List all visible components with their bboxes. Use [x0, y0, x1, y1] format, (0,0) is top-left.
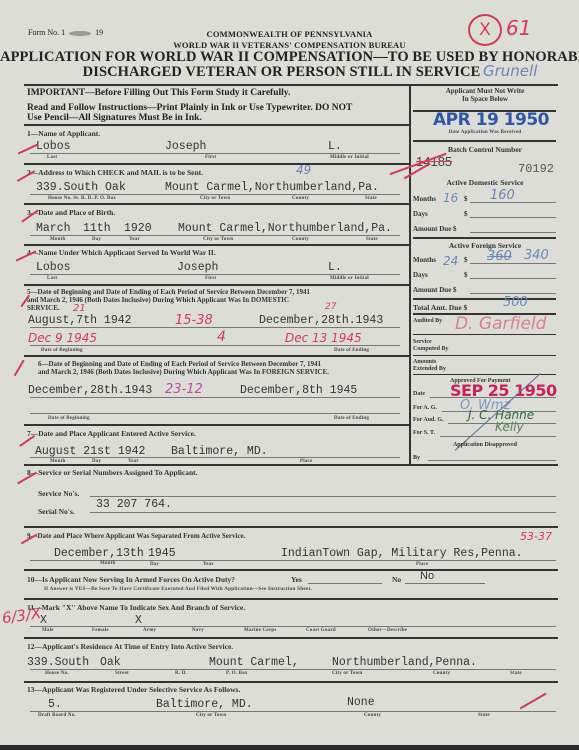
- q2-underline: [30, 194, 400, 195]
- q5-label: 5—Date of Beginning and Date of Ending o…: [27, 288, 310, 312]
- column-divider: [409, 84, 411, 464]
- office-header-line2: In Space Below: [412, 95, 558, 103]
- foreign-months-value: 24: [443, 254, 458, 268]
- q3-sub-county: County: [292, 237, 309, 242]
- foreign-months-amt-line: [470, 263, 556, 264]
- foreign-months-label: Months: [413, 256, 436, 264]
- q4-first-name[interactable]: Joseph: [177, 261, 218, 274]
- section-divider: [24, 526, 558, 528]
- q12-sub-state: State: [510, 671, 522, 676]
- q11-underline: [30, 626, 556, 627]
- q3-year[interactable]: 1920: [124, 222, 152, 235]
- q12-city[interactable]: Mount Carmel,: [209, 656, 299, 669]
- office-divider: [413, 298, 556, 300]
- total-amount-label: Total Amt. Due $: [413, 303, 467, 312]
- section-divider: [24, 355, 409, 357]
- foreign-days-label: Days: [413, 271, 428, 279]
- q1-underline: [30, 153, 400, 154]
- circled-x-annotation: X: [468, 14, 502, 46]
- q6-underline: [30, 397, 400, 398]
- q5-sub-begin: Date of Beginning: [41, 348, 83, 353]
- q9-place[interactable]: IndianTown Gap, Military Res,Penna.: [281, 547, 523, 560]
- q11-option-navy: Navy: [192, 628, 204, 633]
- q12-sub-street: Street: [115, 671, 129, 676]
- q2-sub-state: State: [365, 196, 377, 201]
- q6-end-date[interactable]: December,8th 1945: [240, 384, 357, 397]
- q13-board[interactable]: 5.: [48, 698, 62, 711]
- q9-label: 9—Date and Place Where Applicant Was Sep…: [27, 532, 245, 540]
- for-st-label: For S. T.: [413, 430, 435, 436]
- section-divider: [24, 637, 558, 639]
- q8-service-input[interactable]: [90, 496, 556, 497]
- q1-first-name[interactable]: Joseph: [165, 140, 206, 153]
- q11-option-army: Army: [143, 628, 156, 633]
- q12-county-state[interactable]: Northumberland,Penna.: [332, 656, 477, 669]
- foreign-due-line: [470, 293, 556, 294]
- domestic-days-amt-line: [470, 217, 556, 218]
- q2-note: 49: [296, 163, 311, 177]
- office-divider: [413, 237, 556, 239]
- domestic-months-value: 16: [443, 191, 458, 205]
- q10-yes-label: Yes: [291, 575, 302, 584]
- q2-street[interactable]: 339.South Oak: [36, 181, 126, 194]
- q6-calc: 23-12: [165, 382, 203, 397]
- q1-label: 1—Name of Applicant.: [27, 129, 100, 138]
- q1-sub-last: Last: [47, 155, 57, 160]
- q8-service-label: Service No's.: [38, 489, 79, 498]
- q11-option-male: Male: [42, 628, 54, 633]
- q10-yes-input[interactable]: [308, 583, 382, 584]
- q6-sub-end: Date of Ending: [334, 416, 369, 421]
- q3-sub-year: Year: [129, 237, 140, 242]
- received-date-label: Date Application Was Received: [412, 130, 558, 135]
- section-divider: [24, 124, 409, 126]
- for-audg-label: For Aud. G.: [413, 417, 444, 423]
- domestic-service-title: Active Domestic Service: [412, 178, 558, 187]
- q9-year[interactable]: 1945: [148, 547, 176, 560]
- q9-sub-year: Year: [203, 562, 214, 567]
- q13-sub-city: City or Town: [196, 713, 226, 718]
- q4-sub-middle: Middle or Initial: [330, 276, 369, 281]
- q9-sub-day: Day: [150, 562, 159, 567]
- q12-underline: [30, 669, 556, 670]
- q9-margin-note: 53-37: [520, 530, 552, 543]
- q12-house[interactable]: 339.South: [27, 656, 89, 669]
- q7-label: 7—Date and Place Applicant Entered Activ…: [27, 429, 196, 438]
- q3-sub-state: State: [366, 237, 378, 242]
- q2-label: 2—Address to Which CHECK and MAIL is to …: [27, 168, 203, 177]
- dollar-sign: $: [464, 271, 468, 279]
- q10-note: If Answer is YES—Be Sure To Have Certifi…: [44, 586, 312, 592]
- margin-annotation: 6/3/X: [1, 609, 23, 627]
- annotation-signature: Grunell: [483, 62, 537, 80]
- q4-sub-first: First: [205, 276, 216, 281]
- q8-serial-underline: [90, 512, 556, 513]
- q12-sub-house: House No.: [45, 671, 69, 676]
- q13-underline: [30, 711, 556, 712]
- domestic-months-label: Months: [413, 195, 436, 203]
- q6-label-line2: and March 2, 1946 (Both Dates Inclusive)…: [38, 368, 329, 376]
- domestic-days-label: Days: [413, 210, 428, 218]
- red-check-mark-icon: [520, 693, 547, 709]
- q5-end-date[interactable]: December,28th.1943: [259, 314, 383, 327]
- service-computed-label: Service Computed By: [413, 339, 453, 353]
- q2-sub-street: House No. St. R. D. P. O. Box: [48, 196, 116, 201]
- q13-city[interactable]: Baltimore, MD.: [156, 698, 253, 711]
- q12-sub-pobox: P. O. Box: [226, 671, 248, 676]
- q10-label: 10—Is Applicant Now Serving In Armed For…: [27, 575, 235, 584]
- q4-last-name[interactable]: Lobos: [36, 261, 71, 274]
- q5-underline-2: [30, 345, 400, 346]
- q5-label-line2: and March 2, 1946 (Both Dates Inclusive)…: [27, 296, 310, 304]
- approved-date-label: Date: [413, 391, 425, 397]
- q5-label-line3: SERVICE.: [27, 304, 310, 312]
- q6-underline-2: [30, 413, 400, 414]
- domestic-due-label: Amount Due $: [413, 225, 457, 233]
- total-amount-value: 500: [503, 295, 528, 310]
- q3-day[interactable]: 11th: [83, 222, 111, 235]
- office-divider: [413, 355, 556, 356]
- q12-sub-county: County: [433, 671, 450, 676]
- office-divider: [413, 374, 556, 375]
- audited-signature: D. Garfield: [455, 314, 546, 334]
- q6-sub-begin: Date of Beginning: [48, 416, 90, 421]
- q3-sub-city: City or Town: [203, 237, 233, 242]
- q11-option-female: Female: [92, 628, 109, 633]
- section-divider: [24, 424, 409, 426]
- q4-label: 4—Name Under Which Applicant Served In W…: [27, 248, 216, 257]
- q11-label: 11—Mark "X" Above Name To Indicate Sex A…: [27, 603, 245, 612]
- q9-sub-month: Month: [100, 561, 115, 566]
- header-divider: [24, 84, 558, 86]
- q5-calc: 15-38: [175, 313, 213, 328]
- disapproved-by-line: [428, 460, 556, 461]
- disapproved-by-label: By: [413, 455, 420, 461]
- office-divider: [413, 140, 556, 142]
- q3-label: 3—Date and Place of Birth.: [27, 208, 115, 217]
- q8-serial-label: Serial No's.: [38, 507, 75, 516]
- q4-middle-initial[interactable]: L.: [328, 261, 342, 274]
- domestic-due-line: [470, 232, 556, 233]
- q2-city-county-state[interactable]: Mount Carmel,Northumberland,Pa.: [165, 181, 379, 194]
- instructions-block: Read and Follow Instructions—Print Plain…: [27, 103, 352, 123]
- q8-serial-value[interactable]: 33 207 764.: [96, 498, 172, 511]
- for-st-signature: Kelly: [495, 420, 524, 434]
- q3-sub-day: Day: [92, 237, 101, 242]
- q3-underline: [30, 235, 400, 236]
- section-divider: [24, 163, 409, 165]
- audited-by-label: Audited By: [413, 318, 443, 325]
- q5-underline: [30, 327, 400, 328]
- q1-sub-first: First: [205, 155, 216, 160]
- foreign-months-amount: 340: [524, 248, 549, 263]
- q5-row2-end: Dec 13 1945: [285, 331, 362, 345]
- q5-sub-end: Date of Ending: [334, 348, 369, 353]
- compensation-application-form: Form No. 1 19 COMMONWEALTH OF PENNSYLVAN…: [0, 0, 579, 750]
- foreign-due-label: Amount Due $: [413, 286, 457, 294]
- q12-sub-city: City or Town: [332, 671, 362, 676]
- q5-begin-correction: 21: [73, 303, 86, 314]
- q5-begin-date[interactable]: August,7th 1942: [28, 314, 132, 327]
- dollar-sign: $: [464, 195, 468, 203]
- q11-option-coast-guard: Coast Guard: [306, 628, 336, 633]
- q6-label: 6—Date of Beginning and Date of Ending o…: [38, 360, 329, 376]
- q3-month[interactable]: March: [36, 222, 71, 235]
- q11-option-marine-corps: Marine Corps: [244, 628, 277, 633]
- q1-sub-middle: Middle or Initial: [330, 155, 369, 160]
- office-use-header: Applicant Must Not Write In Space Below: [412, 87, 558, 103]
- domestic-months-amount: 160: [490, 188, 515, 203]
- q5-end-correction: 27: [325, 302, 336, 312]
- q5-row2-begin: Dec 9 1945: [28, 331, 97, 345]
- q13-sub-state: State: [478, 713, 490, 718]
- office-header-line1: Applicant Must Not Write: [412, 87, 558, 95]
- q3-place[interactable]: Mount Carmel,Northumberland,Pa.: [178, 222, 392, 235]
- batch-number: 70192: [518, 162, 554, 176]
- q10-no-value[interactable]: No: [420, 570, 434, 582]
- q9-month-day[interactable]: December,13th: [54, 547, 144, 560]
- q5-label-line1: 5—Date of Beginning and Date of Ending o…: [27, 288, 310, 296]
- q13-sub-county: County: [364, 713, 381, 718]
- red-check-mark-icon: [14, 360, 24, 376]
- received-date-stamp: APR 19 1950: [433, 110, 549, 130]
- section-divider: [24, 598, 558, 600]
- q3-sub-month: Month: [50, 237, 65, 242]
- instructions-line2: Use Pencil—All Signatures Must Be in Ink…: [27, 113, 352, 123]
- q12-street[interactable]: Oak: [100, 656, 121, 669]
- q13-label: 13—Applicant Was Registered Under Select…: [27, 685, 240, 694]
- q1-last-name[interactable]: Lobos: [36, 140, 71, 153]
- q2-sub-county: County: [292, 196, 309, 201]
- foreign-days-amt-line: [470, 278, 556, 279]
- q6-label-line1: 6—Date of Beginning and Date of Ending o…: [38, 360, 329, 368]
- q11-option-other: Other—Describe: [368, 628, 407, 633]
- q5-row2-calc: 4: [217, 329, 226, 345]
- q1-middle-initial[interactable]: L.: [328, 140, 342, 153]
- dollar-sign: $: [464, 210, 468, 218]
- instructions-line1: Read and Follow Instructions—Print Plain…: [27, 103, 352, 113]
- section-divider: [24, 569, 558, 571]
- q4-sub-last: Last: [47, 276, 57, 281]
- q4-underline: [30, 274, 400, 275]
- office-divider: [413, 334, 556, 335]
- q2-sub-city: City or Town: [200, 196, 230, 201]
- amounts-extended-label: Amounts Extended By: [413, 359, 453, 373]
- q8-label: 8—Service or Serial Numbers Assigned To …: [27, 468, 198, 477]
- section-divider: [24, 464, 558, 466]
- page-bottom-edge: [0, 745, 579, 750]
- important-note: IMPORTANT—Before Filling Out This Form S…: [27, 88, 290, 98]
- section-divider: [24, 681, 558, 683]
- q12-label: 12—Applicant's Residence At Time of Entr…: [27, 642, 233, 651]
- q9-sub-place: Place: [416, 562, 428, 567]
- disapproved-label: Application Disapproved: [412, 442, 558, 448]
- section-divider: [24, 284, 409, 286]
- q6-begin-date[interactable]: December,28th.1943: [28, 384, 152, 397]
- foreign-months-amount-struck: 360: [487, 249, 512, 264]
- annotation-number: 61: [506, 16, 531, 40]
- section-divider: [24, 203, 409, 205]
- for-st-line: [440, 436, 556, 437]
- q10-no-label: No: [392, 575, 401, 584]
- q7-underline: [30, 457, 400, 458]
- batch-control-label: Batch Control Number: [412, 145, 558, 154]
- q13-county[interactable]: None: [347, 696, 375, 709]
- section-divider: [24, 244, 409, 246]
- q12-sub-rd: R. D.: [175, 671, 187, 676]
- for-ag-label: For A. G.: [413, 405, 437, 411]
- dollar-sign: $: [464, 256, 468, 264]
- q10-no-underline: [405, 583, 485, 584]
- q13-sub-board: Draft Board No.: [38, 713, 76, 718]
